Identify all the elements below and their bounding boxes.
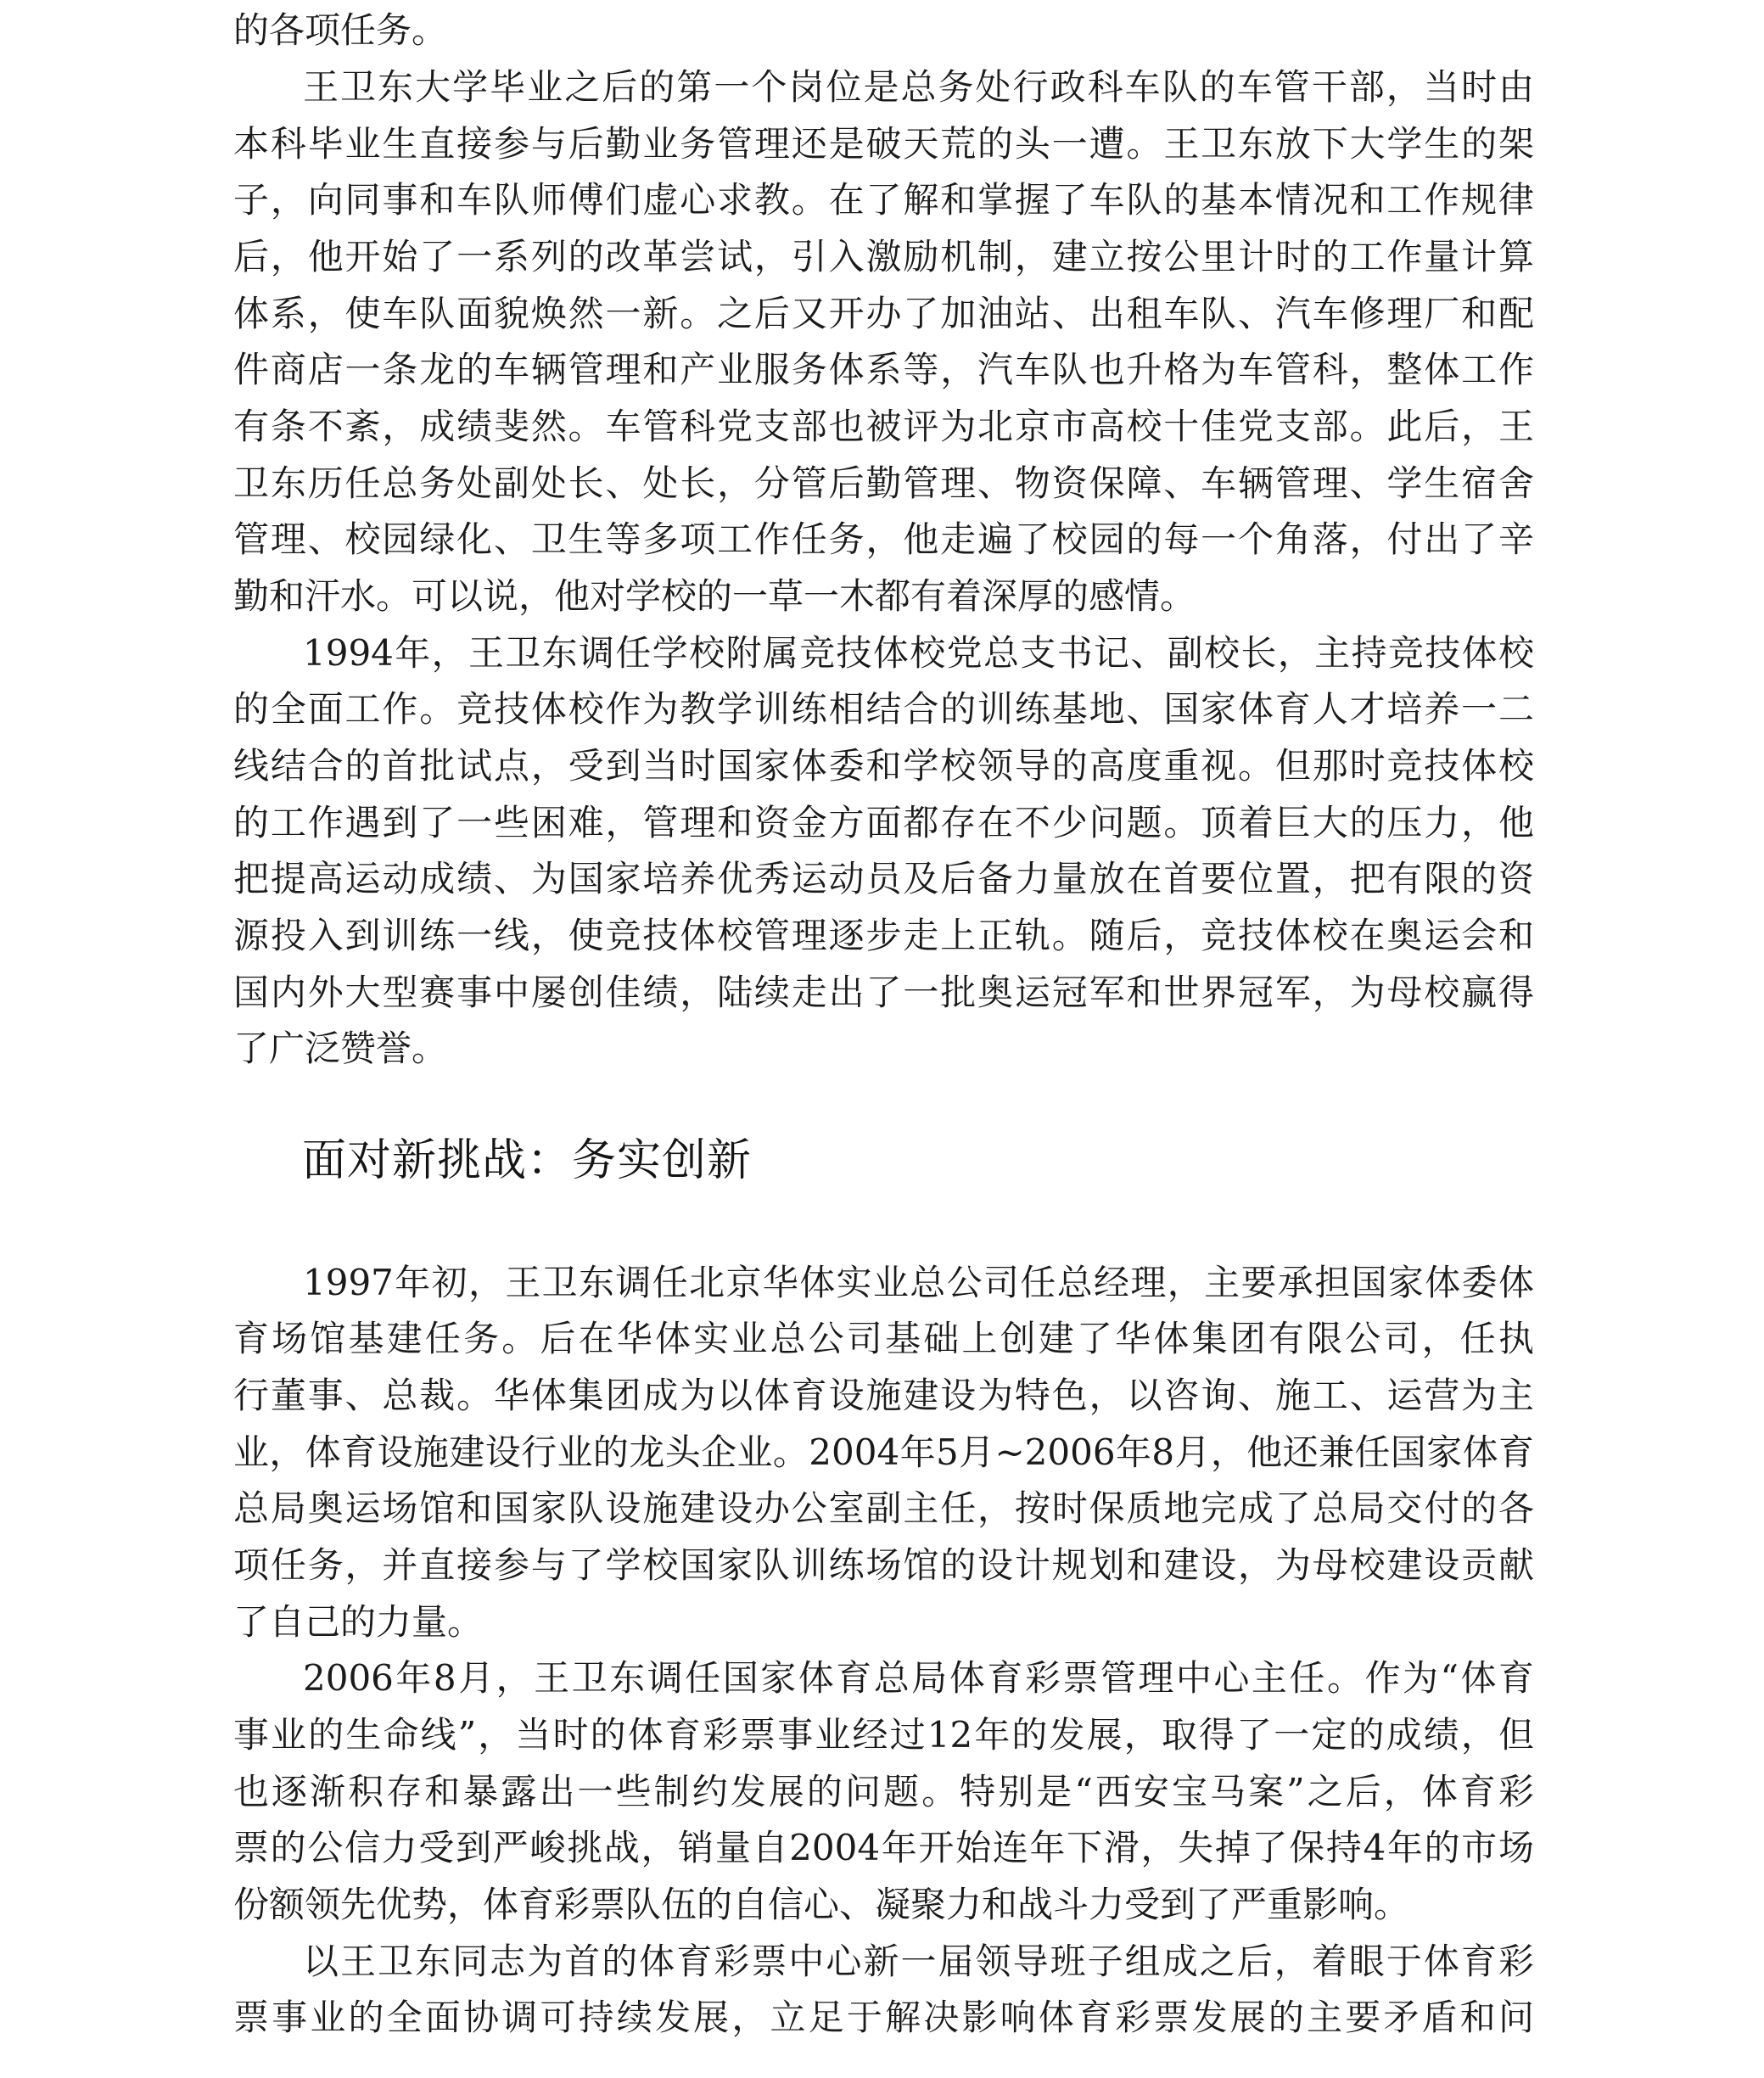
paragraph-1-line-8: 管理、校园绿化、卫生等多项工作任务，他走遍了校园的每一个角落，付出了辛 [233, 516, 1534, 563]
paragraph-1-line-9: 勤和汗水。可以说，他对学校的一草一木都有着深厚的感情。 [233, 573, 1534, 620]
paragraph-2-line-4: 把提高运动成绩、为国家培养优秀运动员及后备力量放在首要位置，把有限的资 [233, 855, 1534, 903]
paragraph-0-line-0: 的各项任务。 [233, 7, 1534, 54]
paragraph-3-line-5: 项任务，并直接参与了学校国家队训练场馆的设计规划和建设，为母校建设贡献 [233, 1542, 1534, 1589]
paragraph-5-line-0: 以王卫东同志为首的体育彩票中心新一届领导班子组成之后，着眼于体育彩 [303, 1938, 1534, 1986]
paragraph-4-line-3: 票的公信力受到严峻挑战，销量自2004年开始连年下滑，失掉了保持4年的市场 [233, 1824, 1534, 1872]
paragraph-2-line-0: 1994年，王卫东调任学校附属竞技体校党总支书记、副校长，主持竞技体校 [303, 630, 1534, 677]
paragraph-1-line-2: 子，向同事和车队师傅们虚心求教。在了解和掌握了车队的基本情况和工作规律 [233, 176, 1534, 224]
paragraph-4-line-4: 份额领先优势，体育彩票队伍的自信心、凝聚力和战斗力受到了严重影响。 [233, 1881, 1534, 1929]
paragraph-1-line-7: 卫东历任总务处副处长、处长，分管后勤管理、物资保障、车辆管理、学生宿舍 [233, 460, 1534, 507]
paragraph-3-line-2: 行董事、总裁。华体集团成为以体育设施建设为特色，以咨询、施工、运营为主 [233, 1372, 1534, 1420]
paragraph-4-line-2: 也逐渐积存和暴露出一些制约发展的问题。特别是“西安宝马案”之后，体育彩 [233, 1768, 1534, 1816]
paragraph-2-line-3: 的工作遇到了一些困难，管理和资金方面都存在不少问题。顶着巨大的压力，他 [233, 799, 1534, 847]
paragraph-3-line-6: 了自己的力量。 [233, 1599, 1534, 1646]
paragraph-3-line-0: 1997年初，王卫东调任北京华体实业总公司任总经理，主要承担国家体委体 [303, 1259, 1534, 1307]
paragraph-1-line-3: 后，他开始了一系列的改革尝试，引入激励机制，建立按公里计时的工作量计算 [233, 233, 1534, 281]
paragraph-2-line-5: 源投入到训练一线，使竞技体校管理逐步走上正轨。随后，竞技体校在奥运会和 [233, 912, 1534, 960]
paragraph-1-line-6: 有条不紊，成绩斐然。车管科党支部也被评为北京市高校十佳党支部。此后，王 [233, 403, 1534, 451]
paragraph-1-line-1: 本科毕业生直接参与后勤业务管理还是破天荒的头一遭。王卫东放下大学生的架 [233, 120, 1534, 168]
paragraph-3-line-4: 总局奥运场馆和国家队设施建设办公室副主任，按时保质地完成了总局交付的各 [233, 1485, 1534, 1532]
paragraph-1-line-5: 件商店一条龙的车辆管理和产业服务体系等，汽车队也升格为车管科，整体工作 [233, 346, 1534, 394]
paragraph-1-line-4: 体系，使车队面貌焕然一新。之后又开办了加油站、出租车队、汽车修理厂和配 [233, 290, 1534, 338]
paragraph-4-line-0: 2006年8月，王卫东调任国家体育总局体育彩票管理中心主任。作为“体育 [303, 1655, 1534, 1702]
book-page: 的各项任务。 王卫东大学毕业之后的第一个岗位是总务处行政科车队的车管干部，当时由… [0, 0, 1764, 2078]
paragraph-2-line-7: 了广泛赞誉。 [233, 1025, 1534, 1073]
paragraph-2-line-2: 线结合的首批试点，受到当时国家体委和学校领导的高度重视。但那时竞技体校 [233, 742, 1534, 790]
paragraph-2-line-1: 的全面工作。竞技体校作为教学训练相结合的训练基地、国家体育人才培养一二 [233, 686, 1534, 733]
paragraph-3-line-3: 业，体育设施建设行业的龙头企业。2004年5月~2006年8月，他还兼任国家体育 [233, 1429, 1534, 1476]
paragraph-5-line-1: 票事业的全面协调可持续发展，立足于解决影响体育彩票发展的主要矛盾和问 [233, 1994, 1534, 2042]
paragraph-3-line-1: 育场馆基建任务。后在华体实业总公司基础上创建了华体集团有限公司，任执 [233, 1315, 1534, 1363]
paragraph-1-line-0: 王卫东大学毕业之后的第一个岗位是总务处行政科车队的车管干部，当时由 [303, 64, 1534, 111]
paragraph-2-line-6: 国内外大型赛事中屡创佳绩，陆续走出了一批奥运冠军和世界冠军，为母校赢得 [233, 969, 1534, 1017]
paragraph-4-line-1: 事业的生命线”，当时的体育彩票事业经过12年的发展，取得了一定的成绩，但 [233, 1711, 1534, 1759]
section-heading: 面对新挑战：务实创新 [302, 1134, 752, 1188]
